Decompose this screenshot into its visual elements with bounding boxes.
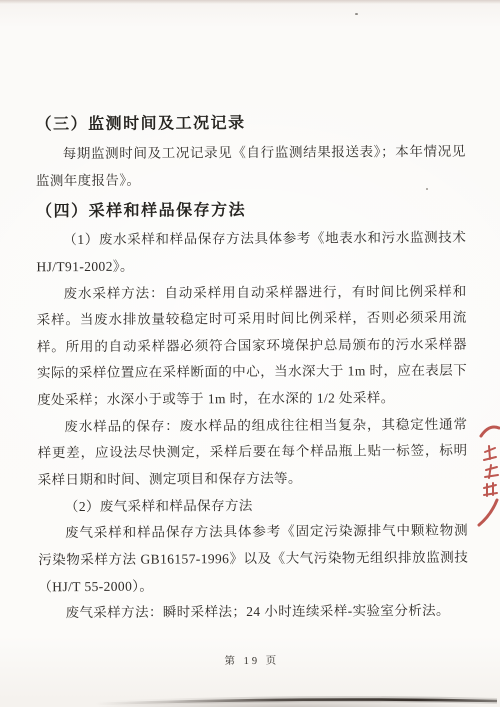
text-line: 度处采样；水深小于或等于 1m 时，在水深的 1/2 处采样。 (37, 387, 467, 412)
scanned-document-page: （三）监测时间及工况记录 每期监测时间及工况记录见《自行监测结果报送表》；本年情… (0, 0, 500, 707)
text-line: 采样。当废水排放量较稳定时可采用时间比例采样，否则必须采用流量比例采 (37, 307, 467, 332)
text-line: 废水采样方法：自动采样用自动采样器进行，有时间比例采样和流量比例 (37, 281, 467, 306)
text-line: 采样日期和时间、测定项目和保存方法等。 (38, 467, 468, 492)
text-line: （1）废水采样和样品保存方法具体参考《地表水和污水监测技术规范 (36, 227, 466, 252)
text-line: （2）废气采样和样品保存方法 (38, 494, 468, 519)
document-text-block: （三）监测时间及工况记录 每期监测时间及工况记录见《自行监测结果报送表》；本年情… (35, 0, 465, 1)
section-heading: （四）采样和样品保存方法 (36, 198, 466, 223)
page-bottom-edge-shadow (0, 691, 500, 707)
text-line: 样。所用的自动采样器必须符合国家环境保护总局颁布的污水采样器技术要求。 (37, 334, 467, 359)
text-line: （HJ/T 55-2000）。 (38, 574, 468, 599)
document-content: （三）监测时间及工况记录 每期监测时间及工况记录见《自行监测结果报送表》；本年情… (0, 0, 500, 707)
text-line: 废气采样和样品保存方法具体参考《固定污染源排气中颗粒物测定与气态 (38, 520, 468, 545)
text-line: 样更差，应设法尽快测定，采样后要在每个样品瓶上贴一标签，标明点位编号、 (37, 440, 467, 465)
text-line: 污染物采样方法 GB16157-1996》以及《大气污染物无组织排放监测技术导则… (38, 547, 468, 572)
red-seal-stamp-fragment (474, 421, 500, 531)
section-heading: （三）监测时间及工况记录 (35, 111, 465, 136)
page-number: 第 19 页 (2, 651, 500, 669)
text-line: 实际的采样位置应在采样断面的中心，当水深大于 1m 时，应在表层下 1/4 深 (37, 360, 467, 385)
text-line: 监测年度报告》。 (36, 168, 466, 193)
text-line: 废水样品的保存：废水样品的组成往往相当复杂，其稳定性通常比地表水 (37, 414, 467, 439)
text-line: HJ/T91-2002》。 (36, 254, 466, 279)
text-line: 每期监测时间及工况记录见《自行监测结果报送表》；本年情况见《自行 (36, 141, 466, 166)
text-line: 废气采样方法：瞬时采样法；24 小时连续采样-实验室分析法。 (38, 600, 468, 625)
